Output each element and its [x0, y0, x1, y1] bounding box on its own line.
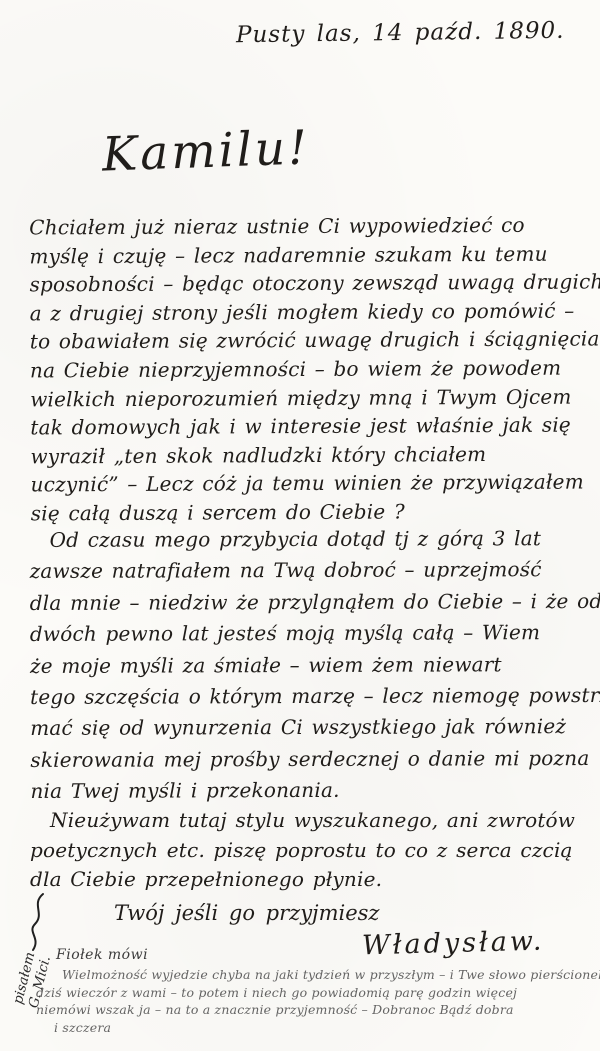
letter-line: Nieużywam tutaj stylu wyszukanego, ani z…	[30, 806, 578, 836]
postscript-line: dziś wieczór z wami – to potem i niech g…	[36, 984, 581, 1002]
letter-line: dla mnie – niedziw że przylgnąłem do Cie…	[30, 586, 578, 619]
letter-line: że moje myśli za śmiałe – wiem żem niewa…	[30, 649, 578, 682]
letter-line: a z drugiej strony jeśli mogłem kiedy co…	[30, 296, 578, 327]
letter-line: sposobności – będąc otoczony zewsząd uwa…	[29, 268, 577, 299]
letter-line: Od czasu mego przybycia dotąd tj z górą …	[30, 523, 578, 556]
letter-dateline: Pusty las, 14 paźd. 1890.	[236, 18, 565, 49]
letter-line: nia Twej myśli i przekonania.	[30, 774, 578, 807]
letter-line: zawsze natrafiałem na Twą dobroć – uprze…	[30, 554, 578, 587]
letter-line: uczynić” – Lecz cóż ja temu winien że pr…	[31, 468, 579, 499]
letter-line: dla Ciebie przepełnionego płynie.	[30, 865, 578, 895]
letter-line: Chciałem już nieraz ustnie Ci wypowiedzi…	[29, 211, 577, 242]
letter-line: wielkich nieporozumień między mną i Twym…	[30, 382, 578, 413]
postscript-heading: Fiołek mówi	[56, 947, 148, 963]
letter-line: to obawiałem się zwrócić uwagę drugich i…	[30, 325, 578, 356]
letter-line: mać się od wynurzenia Ci wszystkiego jak…	[30, 711, 578, 744]
letter-line: tego szczęścia o którym marzę – lecz nie…	[30, 680, 578, 713]
letter-paragraph-3: Nieużywam tutaj stylu wyszukanego, ani z…	[30, 806, 578, 895]
letter-line: na Ciebie nieprzyjemności – bo wiem że p…	[30, 354, 578, 385]
letter-line: skierowania mej prośby serdecznej o dani…	[30, 743, 578, 776]
postscript-line: Wielmożność wyjedzie chyba na jaki tydzi…	[36, 966, 581, 984]
letter-line: dwóch pewno lat jesteś moją myślą całą –…	[30, 617, 578, 650]
letter-line: tak domowych jak i w interesie jest właś…	[30, 411, 578, 442]
letter-closing: Twój jeśli go przyjmiesz	[114, 901, 379, 925]
letter-salutation: Kamilu!	[101, 120, 311, 182]
postscript-line: i szczera	[36, 1019, 581, 1037]
scanned-letter-page: Pusty las, 14 paźd. 1890. Kamilu! Chciał…	[0, 0, 600, 1051]
postscript-line: niemówi wszak ja – na to a znacznie przy…	[36, 1001, 581, 1019]
letter-signature: Władysław.	[362, 926, 545, 962]
letter-paragraph-2: Od czasu mego przybycia dotąd tj z górą …	[30, 523, 579, 808]
letter-line: myślę i czuję – lecz nadaremnie szukam k…	[29, 239, 577, 270]
letter-line: poetycznych etc. piszę poprostu to co z …	[30, 836, 578, 866]
postscript-block: Wielmożność wyjedzie chyba na jaki tydzi…	[36, 966, 581, 1036]
letter-paragraph-1: Chciałem już nieraz ustnie Ci wypowiedzi…	[29, 211, 579, 528]
letter-line: wyraził „ten skok nadludzki który chciał…	[30, 439, 578, 470]
